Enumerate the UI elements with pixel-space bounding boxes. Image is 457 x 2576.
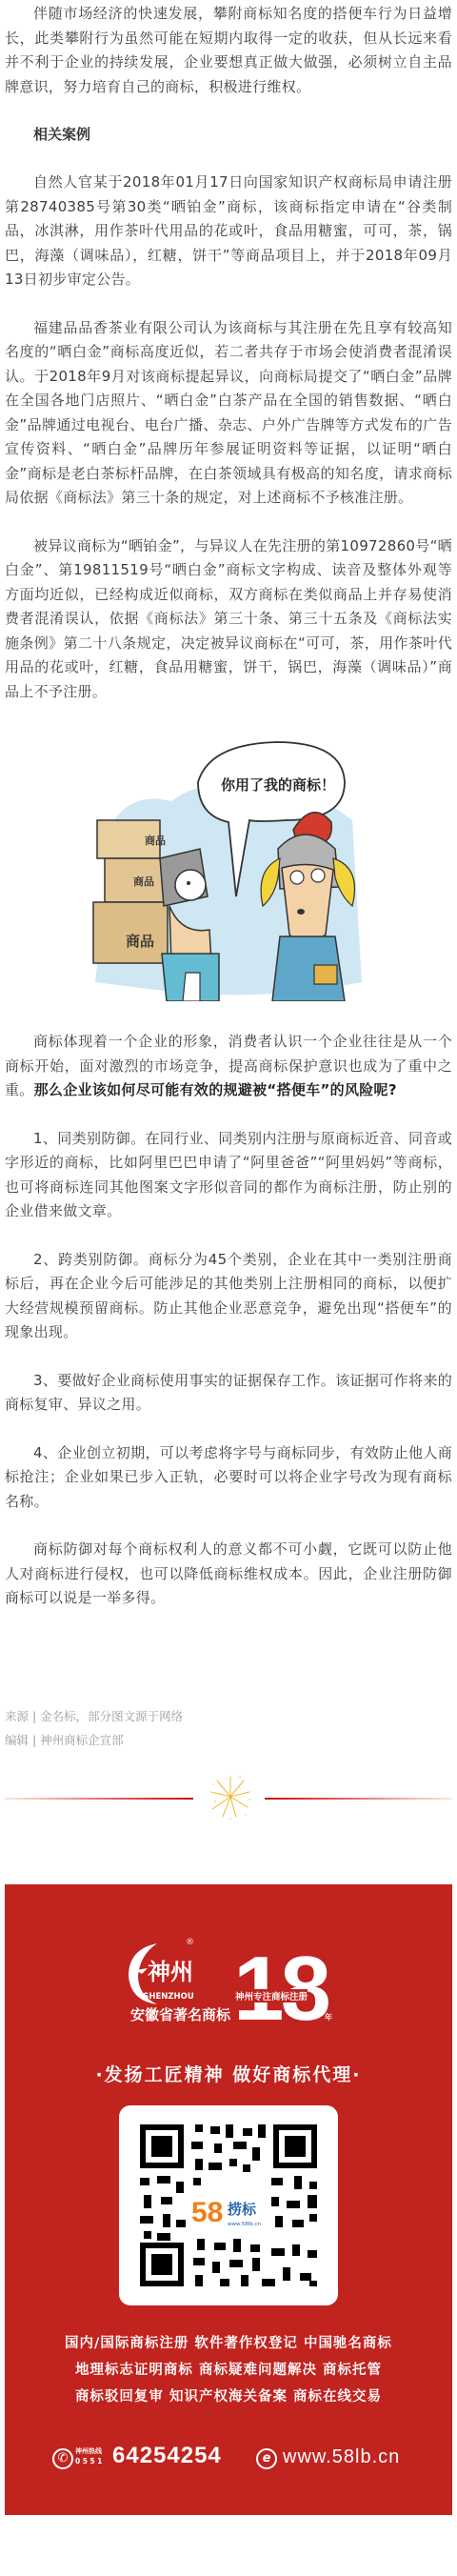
logo-chinese: 神州 bbox=[148, 1958, 193, 1985]
phone-icon: ✆ bbox=[52, 2448, 73, 2469]
years-unit: 年 bbox=[325, 2012, 332, 2022]
award-text: 安徽省著名商标 bbox=[130, 2006, 231, 2022]
case-paragraph-1: 自然人官某于2018年01月17日向国家知识产权商标局申请注册第28740385… bbox=[5, 171, 452, 292]
firework-icon bbox=[208, 1773, 253, 1821]
years-caption: 神州专注商标注册 bbox=[235, 1991, 308, 2002]
editor-line: 编辑 | 神州商标企宣部 bbox=[0, 1728, 457, 1752]
hotline-area-code: 0551 bbox=[75, 2457, 105, 2465]
box-label: 商品 bbox=[133, 875, 154, 888]
decorative-divider bbox=[0, 1773, 457, 1821]
tip-3: 3、要做好企业商标使用事实的证据保存工作。该证据可作将来的商标复审、异议之用。 bbox=[5, 1369, 452, 1418]
qr-brand-name: 捞标 bbox=[228, 2201, 257, 2218]
body-paragraph-1-bold-question: 那么企业该如何尽可能有效的规避被“搭便车”的风险呢? bbox=[34, 1081, 397, 1098]
source-line: 来源 | 金名标，部分图文源于网络 bbox=[0, 1704, 457, 1728]
tip-4: 4、企业创立初期，可以考虑将字号与商标同步，有效防止他人商标抢注；企业如果已步入… bbox=[5, 1441, 452, 1515]
conclusion-paragraph: 商标防御对每个商标权利人的意义都不可小觑，它既可以防止他人对商标进行侵权，也可以… bbox=[5, 1538, 452, 1611]
services-list: 国内/国际商标注册 软件著作权登记 中国驰名商标 地理标志证明商标 商标疑难问题… bbox=[5, 2330, 452, 2410]
years-number: 18 bbox=[233, 1938, 328, 2022]
contact-row: ✆ 神州热线 0551 64254254 e www.58lb.cn bbox=[5, 2446, 452, 2485]
article-body: 伴随市场经济的快速发展，攀附商标知名度的搭便车行为日益增长，此类攀附行为虽然可能… bbox=[0, 2, 457, 1611]
slogan: ·发扬工匠精神 做好商标代理· bbox=[5, 2063, 452, 2087]
box-label: 商品 bbox=[145, 834, 166, 847]
intro-paragraph: 伴随市场经济的快速发展，攀附商标知名度的搭便车行为日益增长，此类攀附行为虽然可能… bbox=[5, 2, 452, 99]
speech-bubble-text: 你用了我的商标！ bbox=[221, 776, 335, 794]
web-icon: e bbox=[256, 2448, 277, 2469]
cartoon-illustration: 商品 商品 商品 你用了我的商标！ bbox=[76, 715, 381, 1001]
brand-row: ® 神州 SHENZHOU 安徽省著名商标 18 神州专注商标注册 年 bbox=[5, 1926, 452, 2022]
services-line: 地理标志证明商标 商标疑难问题解决 商标托管 bbox=[5, 2357, 452, 2384]
shenzhou-logo: ® 神州 SHENZHOU 安徽省著名商标 18 神州专注商标注册 年 bbox=[5, 1926, 452, 2022]
tip-1: 1、同类别防御。在同行业、同类别内注册与原商标近音、同音或字形近的商标，比如阿里… bbox=[5, 1127, 452, 1224]
qr-code: 58 捞标 www.58lb.cn bbox=[119, 2105, 338, 2305]
body-paragraph-1: 商标体现着一个企业的形象，消费者认识一个企业往往是从一个商标开始，面对激烈的市场… bbox=[5, 1030, 452, 1103]
registered-mark: ® bbox=[186, 1938, 194, 1947]
promo-banner: ® 神州 SHENZHOU 安徽省著名商标 18 神州专注商标注册 年 ·发扬工… bbox=[5, 1884, 452, 2515]
qr-brand-url: www.58lb.cn bbox=[228, 2222, 262, 2227]
divider-line-left bbox=[5, 1798, 193, 1800]
hotline-label: 神州热线 bbox=[75, 2447, 102, 2456]
qr-code-card[interactable]: 58 捞标 www.58lb.cn bbox=[119, 2105, 338, 2305]
services-line: 国内/国际商标注册 软件著作权登记 中国驰名商标 bbox=[5, 2330, 452, 2357]
box-label: 商品 bbox=[126, 933, 154, 950]
divider-line-right bbox=[265, 1798, 452, 1800]
services-line: 商标驳回复审 知识产权海关备案 商标在线交易 bbox=[5, 2384, 452, 2410]
hotline-number[interactable]: 64254254 bbox=[112, 2441, 222, 2471]
website-link[interactable]: www.58lb.cn bbox=[283, 2443, 400, 2471]
logo-english: SHENZHOU bbox=[143, 1992, 194, 2002]
tip-2: 2、跨类别防御。商标分为45个类别，企业在其中一类别注册商标后，再在企业今后可能… bbox=[5, 1248, 452, 1345]
section-heading-related-cases: 相关案例 bbox=[5, 123, 452, 147]
qr-brand-number: 58 bbox=[191, 2197, 223, 2228]
case-paragraph-3: 被异议商标为“晒铂金”，与异议人在先注册的第10972860号“晒白金”、第19… bbox=[5, 534, 452, 705]
case-paragraph-2: 福建品品香茶业有限公司认为该商标与其注册在先且享有较高知名度的“晒白金”商标高度… bbox=[5, 316, 452, 511]
